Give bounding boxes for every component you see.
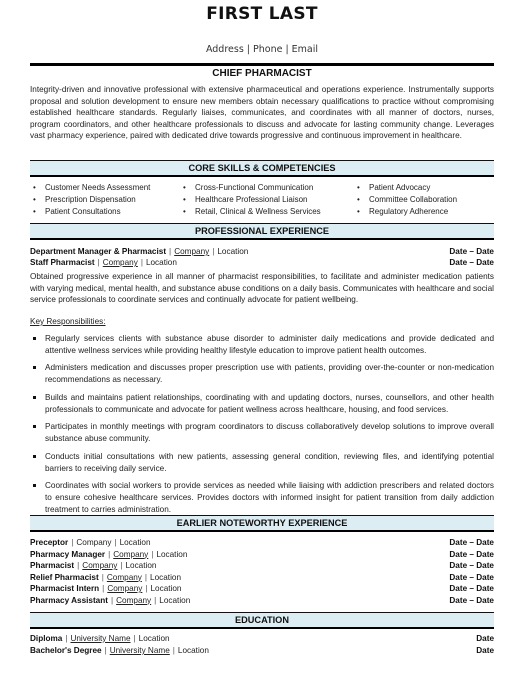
job-location: Location [150, 573, 181, 582]
job-title: Department Manager & Pharmacist [30, 247, 166, 256]
skill-item: Prescription Dispensation [30, 194, 180, 206]
responsibility-item: Regularly services clients with substanc… [30, 333, 494, 356]
earlier-job-entry: Preceptor|Company|Location Date – Date [30, 537, 494, 549]
education-entry: Bachelor's Degree|University Name|Locati… [30, 645, 494, 657]
job-location: Location [125, 561, 156, 570]
company-name: Company [174, 247, 209, 256]
company-name: Company [103, 258, 138, 267]
skill-item: Cross-Functional Communication [180, 182, 354, 194]
responsibility-item: Builds and maintains patient relationshi… [30, 392, 494, 415]
responsibility-item: Coordinates with social workers to provi… [30, 480, 494, 515]
earlier-job-entry: Pharmacy Assistant|Company|Location Date… [30, 595, 494, 607]
section-header-earlier: EARLIER NOTEWORTHY EXPERIENCE [30, 515, 494, 532]
responsibilities-label: Key Responsibilities: [30, 317, 106, 326]
education-entry: Diploma|University Name|Location Date [30, 633, 494, 645]
job-title: Relief Pharmacist [30, 573, 99, 582]
job-dates: Date – Date [449, 572, 494, 584]
job-title: Pharmacy Assistant [30, 596, 108, 605]
school-location: Location [139, 634, 170, 643]
degree: Diploma [30, 634, 62, 643]
job-location: Location [217, 247, 248, 256]
job-dates: Date – Date [449, 549, 494, 561]
responsibility-item: Participates in monthly meetings with pr… [30, 421, 494, 444]
skill-item: Healthcare Professional Liaison [180, 194, 354, 206]
skills-column: Customer Needs Assessment Prescription D… [30, 182, 180, 218]
company-name: Company [76, 538, 111, 547]
job-location: Location [159, 596, 190, 605]
skill-item: Retail, Clinical & Wellness Services [180, 206, 354, 218]
company-name: Company [113, 550, 148, 559]
candidate-name: FIRST LAST [30, 4, 494, 24]
section-header-education: EDUCATION [30, 612, 494, 629]
job-dates: Date – Date [449, 537, 494, 549]
education-date: Date [476, 645, 494, 657]
school-name: University Name [110, 646, 170, 655]
job-entry: Staff Pharmacist|Company|Location Date –… [30, 257, 494, 269]
job-location: Location [151, 584, 182, 593]
experience-description: Obtained progressive experience in all m… [30, 271, 494, 306]
skills-column: Cross-Functional Communication Healthcar… [180, 182, 354, 218]
skill-item: Committee Collaboration [354, 194, 494, 206]
skill-item: Regulatory Adherence [354, 206, 494, 218]
job-title: Pharmacist Intern [30, 584, 99, 593]
skills-grid: Customer Needs Assessment Prescription D… [30, 182, 494, 218]
school-name: University Name [70, 634, 130, 643]
degree: Bachelor's Degree [30, 646, 102, 655]
earlier-job-entry: Relief Pharmacist|Company|Location Date … [30, 572, 494, 584]
job-headline: CHIEF PHARMACIST [30, 68, 494, 79]
responsibilities-list: Regularly services clients with substanc… [30, 333, 494, 522]
job-dates: Date – Date [449, 595, 494, 607]
contact-line: Address | Phone | Email [30, 44, 494, 55]
job-title: Preceptor [30, 538, 68, 547]
skill-item: Patient Consultations [30, 206, 180, 218]
skill-item: Customer Needs Assessment [30, 182, 180, 194]
education-date: Date [476, 633, 494, 645]
company-name: Company [116, 596, 151, 605]
school-location: Location [178, 646, 209, 655]
skill-item: Patient Advocacy [354, 182, 494, 194]
earlier-job-entry: Pharmacist|Company|Location Date – Date [30, 560, 494, 572]
earlier-job-entry: Pharmacist Intern|Company|Location Date … [30, 583, 494, 595]
job-location: Location [120, 538, 151, 547]
job-dates: Date – Date [449, 257, 494, 269]
job-location: Location [146, 258, 177, 267]
company-name: Company [82, 561, 117, 570]
company-name: Company [107, 573, 142, 582]
header-divider [30, 63, 494, 66]
job-dates: Date – Date [449, 583, 494, 595]
section-header-experience: PROFESSIONAL EXPERIENCE [30, 223, 494, 240]
responsibility-item: Conducts initial consultations with new … [30, 451, 494, 474]
company-name: Company [107, 584, 142, 593]
responsibility-item: Administers medication and discusses pro… [30, 362, 494, 385]
job-location: Location [156, 550, 187, 559]
job-title: Pharmacist [30, 561, 74, 570]
skills-column: Patient Advocacy Committee Collaboration… [354, 182, 494, 218]
section-header-skills: CORE SKILLS & COMPETENCIES [30, 160, 494, 177]
job-title: Staff Pharmacist [30, 258, 95, 267]
job-title: Pharmacy Manager [30, 550, 105, 559]
job-entry: Department Manager & Pharmacist|Company|… [30, 246, 494, 258]
job-dates: Date – Date [449, 246, 494, 258]
earlier-job-entry: Pharmacy Manager|Company|Location Date –… [30, 549, 494, 561]
summary-paragraph: Integrity-driven and innovative professi… [30, 84, 494, 142]
job-dates: Date – Date [449, 560, 494, 572]
